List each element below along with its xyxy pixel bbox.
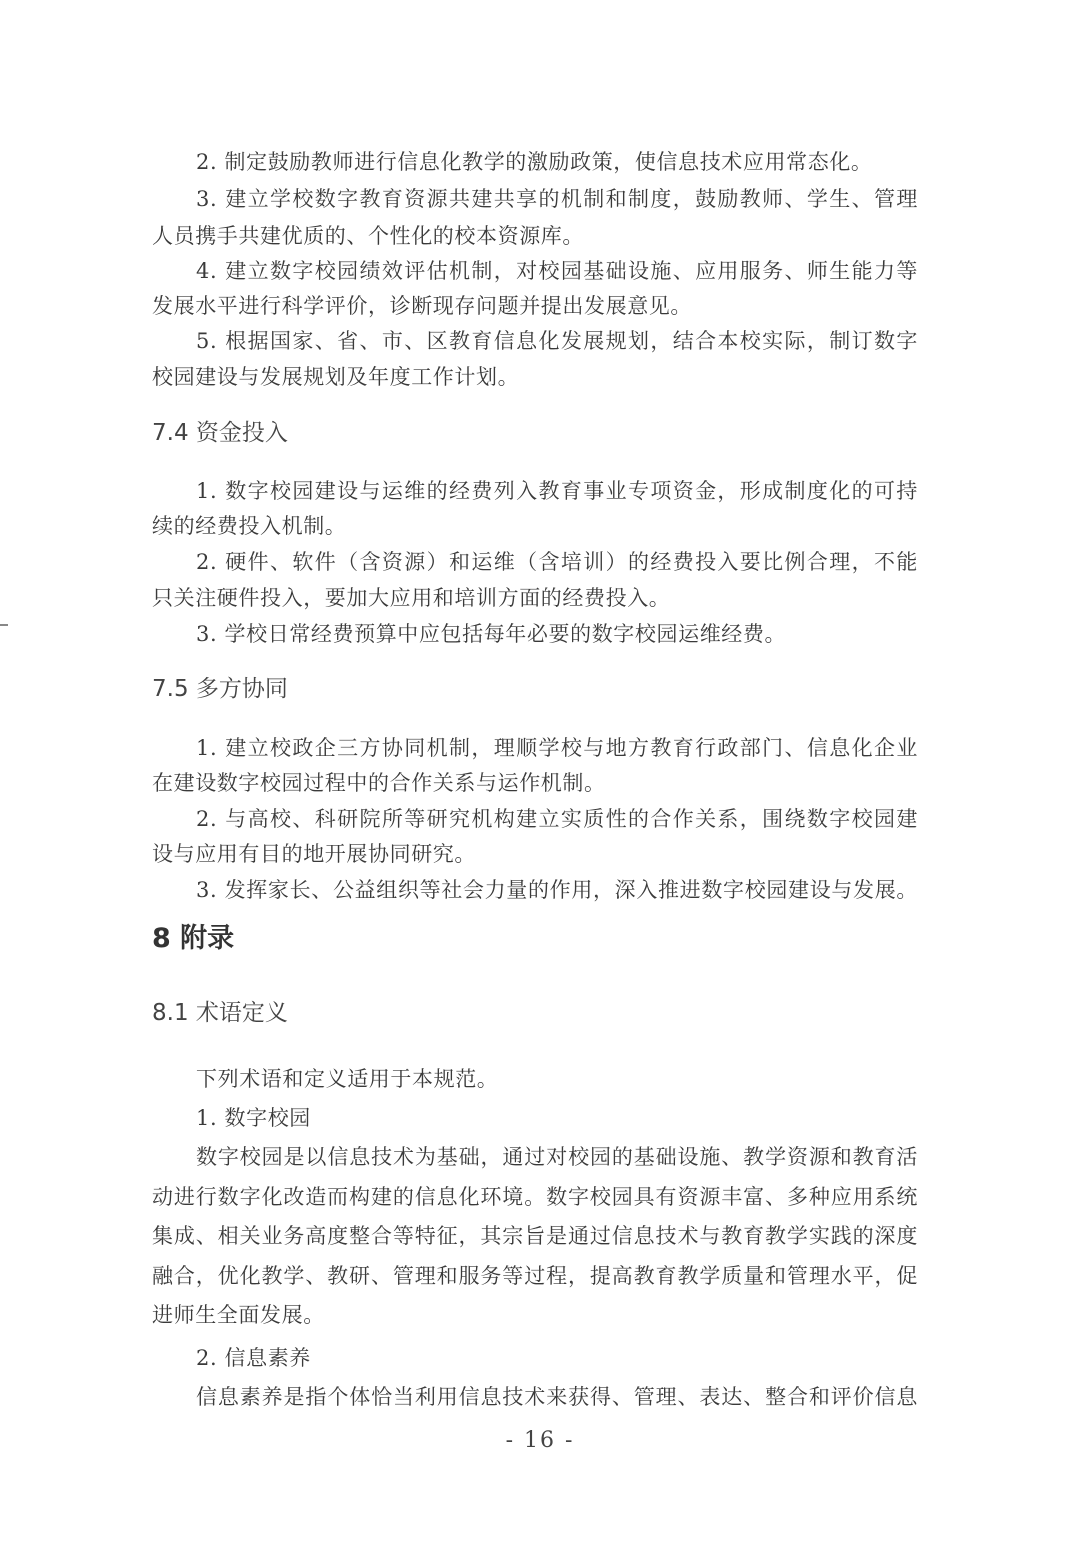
paragraph-line: 3. 发挥家长、公益组织等社会力量的作用，深入推进数字校园建设与发展。 [196, 876, 918, 904]
paragraph-line: 1. 数字校园建设与运维的经费列入教育事业专项资金，形成制度化的可持 [196, 477, 918, 505]
paragraph-line: 下列术语和定义适用于本规范。 [196, 1065, 918, 1093]
section-heading-7-5: 7.5 多方协同 [152, 674, 288, 704]
term-title: 2. 信息素养 [196, 1344, 918, 1372]
section-heading-7-4: 7.4 资金投入 [152, 418, 288, 448]
paragraph-line: 发展水平进行科学评价，诊断现存问题并提出发展意见。 [152, 292, 918, 320]
paragraph-line: 2. 与高校、科研院所等研究机构建立实质性的合作关系，围绕数字校园建 [196, 805, 918, 833]
paragraph-line: 人员携手共建优质的、个性化的校本资源库。 [152, 222, 918, 250]
paragraph-line: 进师生全面发展。 [152, 1301, 918, 1329]
paragraph-line: 设与应用有目的地开展协同研究。 [152, 840, 918, 868]
paragraph-line: 融合，优化教学、教研、管理和服务等过程，提高教育教学质量和管理水平，促 [152, 1262, 918, 1290]
paragraph-line: 信息素养是指个体恰当利用信息技术来获得、管理、表达、整合和评价信息 [196, 1383, 918, 1411]
paragraph-line: 只关注硬件投入，要加大应用和培训方面的经费投入。 [152, 584, 918, 612]
paragraph-line: 动进行数字化改造而构建的信息化环境。数字校园具有资源丰富、多种应用系统 [152, 1183, 918, 1211]
paragraph-line: 集成、相关业务高度整合等特征，其宗旨是通过信息技术与教育教学实践的深度 [152, 1222, 918, 1250]
scan-mark [0, 624, 8, 626]
page-number: - 16 - [0, 1428, 1080, 1453]
paragraph-line: 数字校园是以信息技术为基础，通过对校园的基础设施、教学资源和教育活 [196, 1143, 918, 1171]
section-heading-8-1: 8.1 术语定义 [152, 998, 288, 1028]
paragraph-line: 校园建设与发展规划及年度工作计划。 [152, 363, 918, 391]
paragraph-line: 1. 建立校政企三方协同机制，理顺学校与地方教育行政部门、信息化企业 [196, 734, 918, 762]
paragraph-line: 续的经费投入机制。 [152, 512, 918, 540]
paragraph-line: 5. 根据国家、省、市、区教育信息化发展规划，结合本校实际，制订数字 [196, 327, 918, 355]
paragraph-line: 2. 硬件、软件（含资源）和运维（含培训）的经费投入要比例合理，不能 [196, 548, 918, 576]
paragraph-line: 3. 建立学校数字教育资源共建共享的机制和制度，鼓励教师、学生、管理 [196, 185, 918, 213]
chapter-heading-8: 8 附录 [152, 922, 234, 956]
document-page: 2. 制定鼓励教师进行信息化教学的激励政策，使信息技术应用常态化。 3. 建立学… [0, 0, 1080, 1541]
paragraph-line: 在建设数字校园过程中的合作关系与运作机制。 [152, 769, 918, 797]
paragraph-line: 3. 学校日常经费预算中应包括每年必要的数字校园运维经费。 [196, 620, 918, 648]
paragraph-line: 4. 建立数字校园绩效评估机制，对校园基础设施、应用服务、师生能力等 [196, 257, 918, 285]
term-title: 1. 数字校园 [196, 1104, 918, 1132]
paragraph-line: 2. 制定鼓励教师进行信息化教学的激励政策，使信息技术应用常态化。 [196, 148, 918, 176]
